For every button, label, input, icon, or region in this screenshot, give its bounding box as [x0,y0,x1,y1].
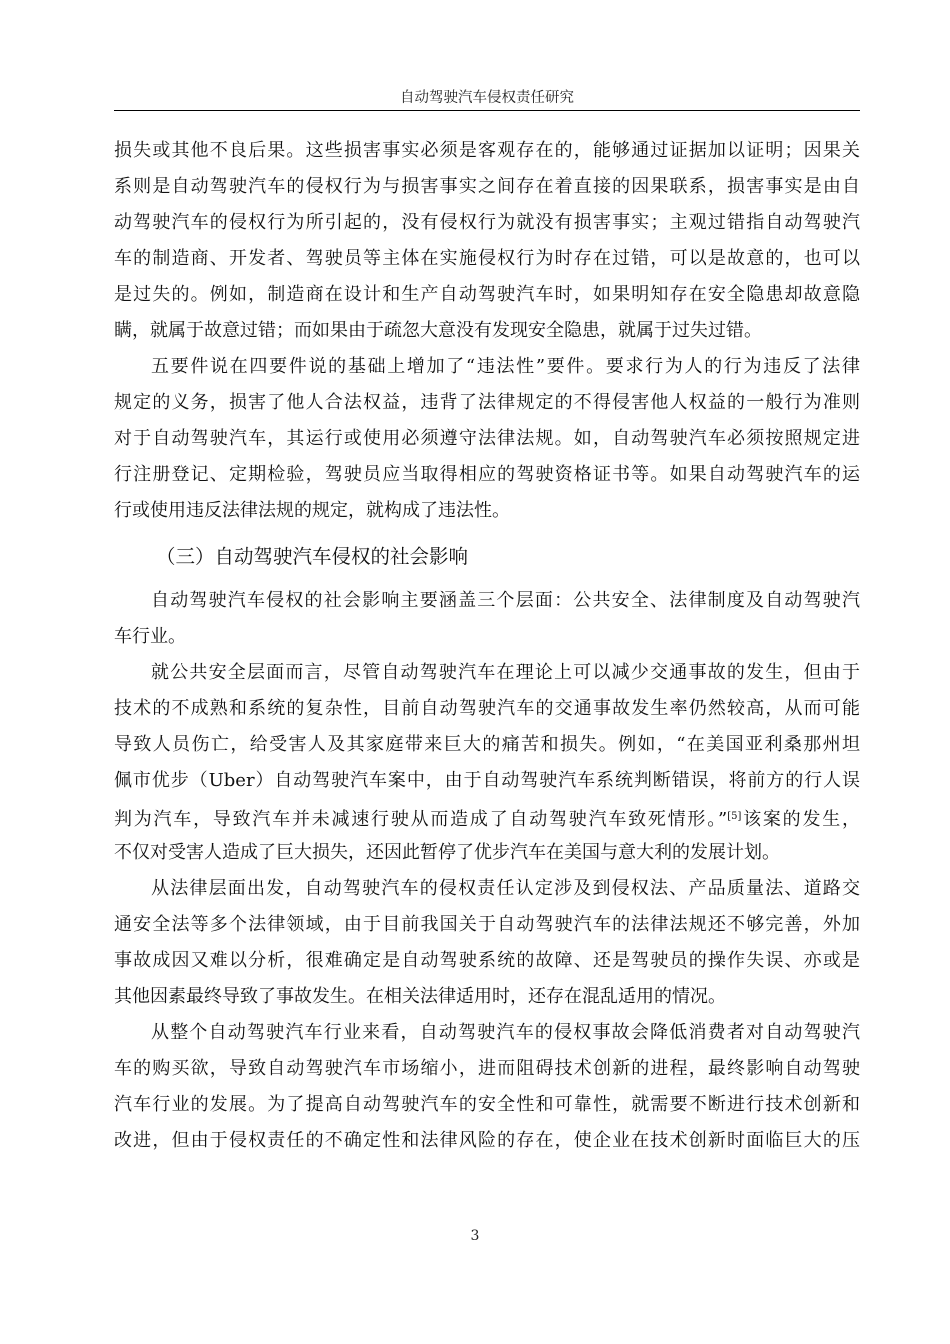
text-line: 导致人员伤亡，给受害人及其家庭带来巨大的痛苦和损失。例如，“在美国亚利桑那州坦 [114,727,860,763]
paragraph: 从整个自动驾驶汽车行业来看，自动驾驶汽车的侵权事故会降低消费者对自动驾驶汽 车的… [114,1015,860,1159]
citation-text-before: 判为汽车，导致汽车并未减速行驶从而造成了自动驾驶汽车致死情形。” [114,809,727,830]
running-header: 自动驾驶汽车侵权责任研究 [114,88,860,108]
section-heading: （三）自动驾驶汽车侵权的社会影响 [114,533,860,581]
paragraph: 五要件说在四要件说的基础上增加了“违法性”要件。要求行为人的行为违反了法律 规定… [114,349,860,529]
citation-text-after: 该案的发生， [741,809,860,830]
citation-reference[interactable]: [5] [727,811,741,822]
header-rule [114,110,860,111]
text-line: 从整个自动驾驶汽车行业来看，自动驾驶汽车的侵权事故会降低消费者对自动驾驶汽 [114,1015,860,1051]
paragraph: 从法律层面出发，自动驾驶汽车的侵权责任认定涉及到侵权法、产品质量法、道路交 通安… [114,871,860,1015]
text-line: 就公共安全层面而言，尽管自动驾驶汽车在理论上可以减少交通事故的发生，但由于 [114,655,860,691]
text-line: 通安全法等多个法律领域，由于目前我国关于自动驾驶汽车的法律法规还不够完善，外加 [114,907,860,943]
text-line: 不仅对受害人造成了巨大损失，还因此暂停了优步汽车在美国与意大利的发展计划。 [114,835,860,871]
paragraph: 就公共安全层面而言，尽管自动驾驶汽车在理论上可以减少交通事故的发生，但由于 技术… [114,655,860,871]
text-line: 对于自动驾驶汽车，其运行或使用必须遵守法律法规。如，自动驾驶汽车必须按照规定进 [114,421,860,457]
text-line: 车行业。 [114,619,860,655]
text-line: 改进，但由于侵权责任的不确定性和法律风险的存在，使企业在技术创新时面临巨大的压 [114,1123,860,1159]
text-line: 技术的不成熟和系统的复杂性，目前自动驾驶汽车的交通事故发生率仍然较高，从而可能 [114,691,860,727]
text-line: 车的制造商、开发者、驾驶员等主体在实施侵权行为时存在过错，可以是故意的，也可以 [114,241,860,277]
text-line: 汽车行业的发展。为了提高自动驾驶汽车的安全性和可靠性，就需要不断进行技术创新和 [114,1087,860,1123]
document-body: 损失或其他不良后果。这些损害事实必须是客观存在的，能够通过证据加以证明；因果关 … [114,133,860,1159]
text-line: 动驾驶汽车的侵权行为所引起的，没有侵权行为就没有损害事实；主观过错指自动驾驶汽 [114,205,860,241]
text-line: 自动驾驶汽车侵权的社会影响主要涵盖三个层面：公共安全、法律制度及自动驾驶汽 [114,583,860,619]
text-line: 佩市优步（Uber）自动驾驶汽车案中，由于自动驾驶汽车系统判断错误，将前方的行人… [114,763,860,799]
text-line: 规定的义务，损害了他人合法权益，违背了法律规定的不得侵害他人权益的一般行为准则 [114,385,860,421]
text-line: 瞒，就属于故意过错；而如果由于疏忽大意没有发现安全隐患，就属于过失过错。 [114,313,860,349]
text-line: 其他因素最终导致了事故发生。在相关法律适用时，还存在混乱适用的情况。 [114,979,860,1015]
text-line: 车的购买欲，导致自动驾驶汽车市场缩小，进而阻碍技术创新的进程，最终影响自动驾驶 [114,1051,860,1087]
text-line: 系则是自动驾驶汽车的侵权行为与损害事实之间存在着直接的因果联系，损害事实是由自 [114,169,860,205]
text-line: 行或使用违反法律法规的规定，就构成了违法性。 [114,493,860,529]
paragraph: 自动驾驶汽车侵权的社会影响主要涵盖三个层面：公共安全、法律制度及自动驾驶汽 车行… [114,583,860,655]
page-number: 3 [0,1228,950,1244]
paragraph: 损失或其他不良后果。这些损害事实必须是客观存在的，能够通过证据加以证明；因果关 … [114,133,860,349]
text-line: 五要件说在四要件说的基础上增加了“违法性”要件。要求行为人的行为违反了法律 [114,349,860,385]
text-line: 损失或其他不良后果。这些损害事实必须是客观存在的，能够通过证据加以证明；因果关 [114,133,860,169]
text-line-with-citation: 判为汽车，导致汽车并未减速行驶从而造成了自动驾驶汽车致死情形。”[5]该案的发生… [114,799,860,835]
text-line: 事故成因又难以分析，很难确定是自动驾驶系统的故障、还是驾驶员的操作失误、亦或是 [114,943,860,979]
text-line: 行注册登记、定期检验，驾驶员应当取得相应的驾驶资格证书等。如果自动驾驶汽车的运 [114,457,860,493]
text-line: 从法律层面出发，自动驾驶汽车的侵权责任认定涉及到侵权法、产品质量法、道路交 [114,871,860,907]
text-line: 是过失的。例如，制造商在设计和生产自动驾驶汽车时，如果明知存在安全隐患却故意隐 [114,277,860,313]
